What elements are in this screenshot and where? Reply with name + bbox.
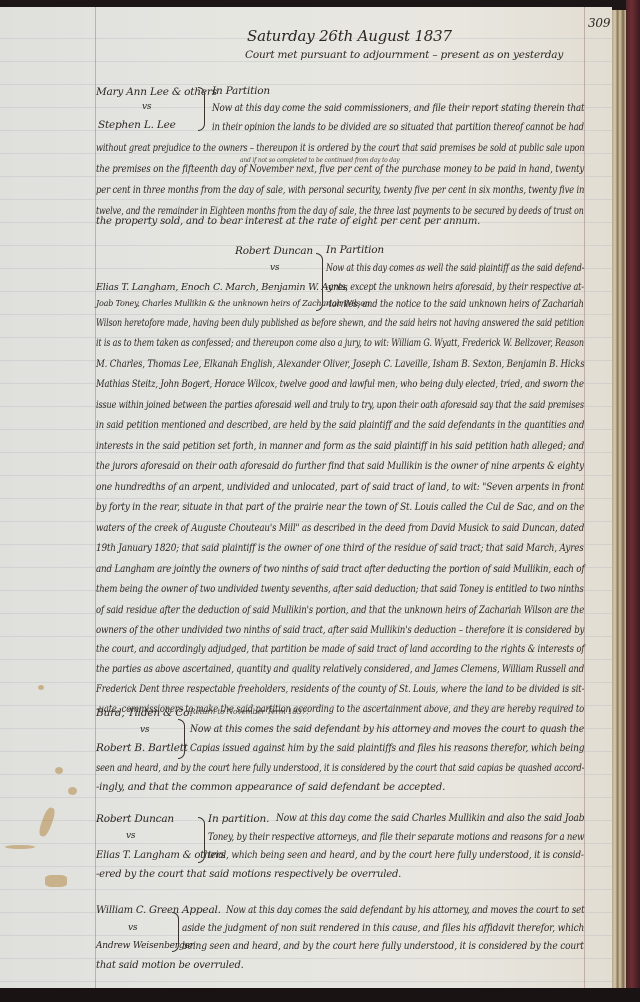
- versus-label: vs: [270, 263, 279, 273]
- entry-text-line: it is as to them taken as confessed; and…: [96, 338, 584, 349]
- entry-text-line: issue within joined between the parties …: [96, 400, 584, 411]
- case-heading: In Partition: [326, 244, 384, 256]
- entry-text-line: the parties as above ascertained, quanti…: [96, 664, 584, 675]
- case-heading: In Partition: [212, 85, 270, 97]
- ink-stain: [55, 767, 63, 774]
- plaintiff-name: William C. Green: [96, 905, 179, 916]
- entry-text-line: per cent in three months from the day of…: [96, 185, 584, 196]
- entry-text-line: being seen and heard, and by the court h…: [182, 941, 584, 952]
- entry-text-line: the court, and accordingly adjudged, tha…: [96, 644, 584, 655]
- left-margin-rule: [95, 7, 96, 989]
- defendant-name: Robert B. Bartlett: [96, 742, 188, 754]
- versus-label: vs: [142, 102, 151, 112]
- page-number: 309: [588, 16, 610, 30]
- entry-text-line: -ants, except the unknown heirs aforesai…: [326, 282, 584, 293]
- entry-text-line: -ingly, and that the common appearance o…: [96, 782, 445, 793]
- entry-text-line: 19th January 1820; that said plaintiff i…: [96, 543, 584, 554]
- bracket: [198, 817, 205, 863]
- case-heading: Return to November Term 1837.: [190, 707, 308, 716]
- entry-text-line: M. Charles, Thomas Lee, Elkanah English,…: [96, 359, 584, 370]
- entry-text-line: waters of the creek of Auguste Chouteau'…: [96, 523, 584, 534]
- defendant-name: Stephen L. Lee: [98, 119, 176, 131]
- defendant-name: Elias T. Langham & others: [96, 850, 225, 861]
- ink-stain: [45, 875, 67, 887]
- bracket: [316, 253, 323, 311]
- entry-text-line: Wilson heretofore made, having been duly…: [96, 318, 584, 329]
- plaintiff-name: Burd, Tilden & Co.: [96, 707, 192, 719]
- entry-text-line: -tornies, and the notice to the said unk…: [326, 299, 584, 310]
- entry-text-line: Frederick Dent three respectable freehol…: [96, 684, 584, 695]
- entry-text-line: the premises on the fifteenth day of Nov…: [96, 164, 584, 175]
- entry-text-line: in said petition mentioned and described…: [96, 420, 584, 431]
- entry-text-line: Now at this comes the said defendant by …: [190, 724, 584, 735]
- entry-text-line: interests in the said petition set forth…: [96, 441, 584, 452]
- entry-text-line: Toney, by their respective attorneys, an…: [208, 832, 584, 843]
- entry-text-line: Mathias Steitz, John Bogert, Horace Wilc…: [96, 379, 584, 390]
- entry-text-line: without great prejudice to the owners – …: [96, 143, 584, 154]
- bracket: [178, 719, 185, 759]
- entry-text-line: Now at this day come the said commission…: [212, 103, 584, 114]
- book-binding: [626, 0, 640, 1002]
- bracket: [172, 912, 179, 952]
- entry-text-line: Now at this day comes as well the said p…: [326, 263, 584, 274]
- entry-text-line: owners of the other undivided two ninths…: [96, 625, 584, 636]
- defendant-name: Andrew Weisenberger: [96, 941, 194, 951]
- entry-text-line: that said motion be overruled.: [96, 960, 244, 971]
- entry-text-line: the property sold, and to bear interest …: [96, 216, 480, 227]
- entry-text-line: -ered by the court that said motions res…: [96, 869, 401, 880]
- interlinear-note: and if not so completed to be continued …: [240, 157, 400, 164]
- plaintiff-name: Robert Duncan: [235, 245, 313, 257]
- scan-bottom-edge: [0, 988, 640, 1002]
- bracket: [198, 87, 205, 131]
- entry-text-line: them being the owner of two undivided tw…: [96, 584, 584, 595]
- entry-text-line: trial, which being seen and heard, and b…: [208, 850, 584, 861]
- case-heading: Appeal.: [182, 904, 221, 916]
- versus-label: vs: [126, 831, 135, 841]
- ink-stain: [5, 845, 35, 849]
- entry-text-line: by forty in the rear, situate in that pa…: [96, 502, 584, 513]
- entry-text-line: Now at this day comes the said defendant…: [226, 905, 584, 916]
- entry-text-line: in their opinion the lands to be divided…: [212, 122, 584, 133]
- defendant-name: Elias T. Langham, Enoch C. March, Benjam…: [96, 282, 348, 293]
- entry-text-line: and Langham are jointly the owners of tw…: [96, 564, 584, 575]
- versus-label: vs: [140, 725, 149, 735]
- case-heading: In partition.: [208, 813, 269, 825]
- versus-label: vs: [128, 923, 137, 933]
- page-subheading: Court met pursuant to adjournment – pres…: [245, 49, 563, 61]
- entry-text-line: Capias issued against him by the said pl…: [190, 743, 584, 754]
- entry-text-line: the jurors aforesaid on their oath afore…: [96, 461, 584, 472]
- ink-stain: [38, 685, 44, 690]
- entry-text-line: Now at this day come the said Charles Mu…: [276, 813, 584, 824]
- entry-text-line: one hundredths of an arpent, undivided a…: [96, 482, 584, 493]
- entry-text-line: seen and heard, and by the court here fu…: [96, 763, 584, 774]
- entry-text-line: aside the judgment of non suit rendered …: [182, 923, 584, 934]
- entry-text-line: of said residue after the deduction of s…: [96, 605, 584, 616]
- ledger-page: Saturday 26th August 1837 Court met purs…: [0, 7, 612, 989]
- plaintiff-name: Robert Duncan: [96, 813, 174, 825]
- page-date-heading: Saturday 26th August 1837: [247, 27, 452, 45]
- ink-stain: [68, 787, 77, 795]
